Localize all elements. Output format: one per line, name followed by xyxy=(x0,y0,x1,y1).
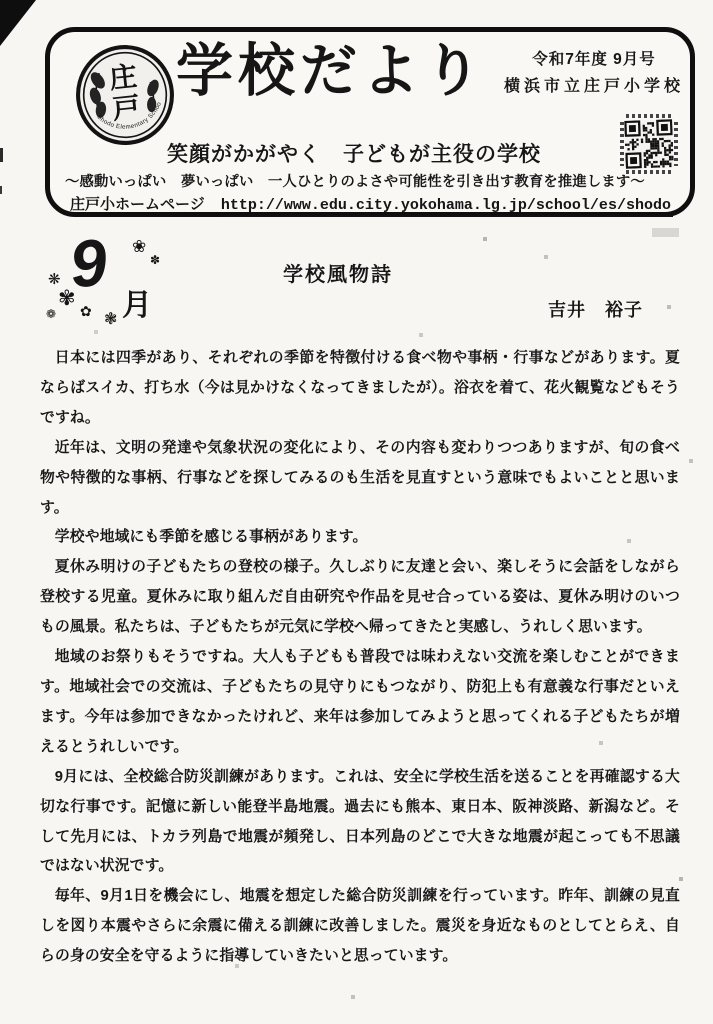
flower-icon: ❁ xyxy=(46,308,56,320)
school-logo-emblem: 庄 戸 Shodo Elementary School xyxy=(74,44,176,146)
body-paragraph: 日本には四季があり、それぞれの季節を特徴付ける食べ物や事柄・行事などがあります。… xyxy=(40,344,680,434)
flower-icon: ❀ xyxy=(132,238,146,255)
body-paragraph: 夏休み明けの子どもたちの登校の様子。久しぶりに友達と会い、楽しそうに会話をしなが… xyxy=(40,553,680,643)
qr-caption-marks xyxy=(626,114,672,118)
scan-artifact-edge xyxy=(0,148,3,162)
flower-icon: ✿ xyxy=(80,304,92,318)
scan-noise-specks xyxy=(0,0,2,2)
body-paragraph: 学校や地域にも季節を感じる事柄があります。 xyxy=(40,523,680,553)
homepage-label: 庄戸小ホームページ xyxy=(70,196,205,213)
school-slogan: 笑顔がかがやく 子どもが主役の学校 xyxy=(50,138,658,168)
scan-artifact-edge xyxy=(0,186,2,194)
logo-kanji-bottom: 戸 xyxy=(111,91,142,125)
logo-kanji-top: 庄 xyxy=(108,61,139,95)
article-title: 学校風物詩 xyxy=(0,258,676,287)
flower-icon: ❃ xyxy=(104,312,117,328)
body-paragraph: 地域のお祭りもそうですね。大人も子どもも普段では味わえない交流を楽しむことができ… xyxy=(40,643,680,763)
scan-artifact-rect xyxy=(652,228,679,237)
article-body: 日本には四季があり、それぞれの季節を特徴付ける食べ物や事柄・行事などがあります。… xyxy=(40,344,680,972)
body-paragraph: 毎年、9月1日を機会にし、地震を想定した総合防災訓練を行っています。昨年、訓練の… xyxy=(40,882,680,972)
school-name: 横浜市立庄戸小学校 xyxy=(504,73,684,96)
newsletter-title: 学校だより xyxy=(176,40,486,103)
scan-artifact-corner xyxy=(0,0,36,46)
body-paragraph: 9月には、全校総合防災訓練があります。これは、安全に学校生活を送ることを再確認す… xyxy=(40,763,680,883)
body-paragraph: 近年は、文明の発達や気象状況の変化により、その内容も変わりつつありますが、旬の食… xyxy=(40,434,680,524)
newsletter-page: 庄 戸 Shodo Elementary School 学校だより 令和7年度 … xyxy=(0,0,713,1024)
author-name: 吉井 裕子 xyxy=(548,296,643,322)
newsletter-header: 庄 戸 Shodo Elementary School 学校だより 令和7年度 … xyxy=(45,27,695,217)
issue-block: 令和7年度 9月号 横浜市立庄戸小学校 xyxy=(504,47,684,96)
issue-date: 令和7年度 9月号 xyxy=(504,47,684,69)
homepage-line: 庄戸小ホームページ http://www.edu.city.yokohama.l… xyxy=(70,193,673,214)
school-motto: ～感動いっぱい 夢いっぱい 一人ひとりのよさや可能性を引き出す教育を推進します～ xyxy=(65,171,645,191)
qr-caption-marks xyxy=(674,122,678,166)
school-logo: 庄 戸 Shodo Elementary School xyxy=(74,44,176,146)
homepage-url: http://www.edu.city.yokohama.lg.jp/schoo… xyxy=(219,197,673,217)
